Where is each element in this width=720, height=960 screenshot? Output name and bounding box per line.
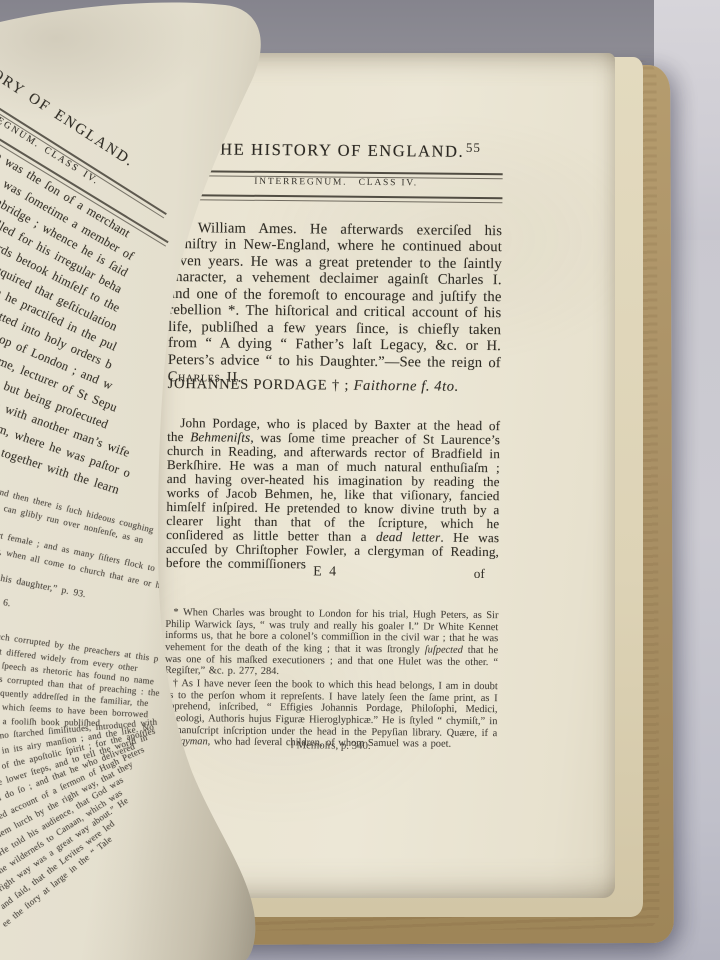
text-run: † As I have never ſeen the book to which… (164, 678, 498, 738)
text-run: , was ſome time preacher of St Laurence’… (166, 430, 500, 544)
section-heading-johannes-pordage: JOHANNES PORDAGE † ; Faithorne f. 4to. (168, 376, 501, 396)
photo-of-open-book: { "colors":{ "paper":"#ebe5d3","paper_le… (0, 0, 720, 960)
paragraph-william-ames: Dr William Ames. He afterwards exerciſed… (168, 220, 503, 389)
recto-page: THE HISTORY OF ENGLAND. 55 INTERREGNUM. … (137, 53, 615, 898)
left-page-text-fragment: o his daughter,” p. 93. (0, 572, 87, 600)
page-number: 55 (466, 140, 481, 156)
paragraph-john-pordage: John Pordage, who is placed by Baxter at… (166, 416, 500, 573)
signature-mark: E 4 (313, 564, 338, 580)
catchword: of (474, 566, 485, 582)
signature-line: E 4 of (166, 563, 499, 582)
running-head: INTERREGNUM. CLASS IV. (170, 176, 503, 189)
text-run: Dr William Ames. He afterwards exerciſed… (168, 220, 502, 372)
left-page-text-fragment: p. 6. (0, 596, 11, 609)
footnote-asterisk: * When Charles was brought to London for… (165, 607, 499, 679)
footnote-memoirs: ‖ Memoirs, p. 340. (164, 738, 497, 753)
text-run: ſuſpected (425, 645, 463, 656)
double-rule-bottom (169, 194, 502, 203)
printed-column: THE HISTORY OF ENGLAND. 55 INTERREGNUM. … (164, 139, 503, 782)
text-run: JOHANNES PORDAGE † ; (168, 376, 354, 394)
text-run: Faithorne f. 4to. (354, 378, 459, 395)
